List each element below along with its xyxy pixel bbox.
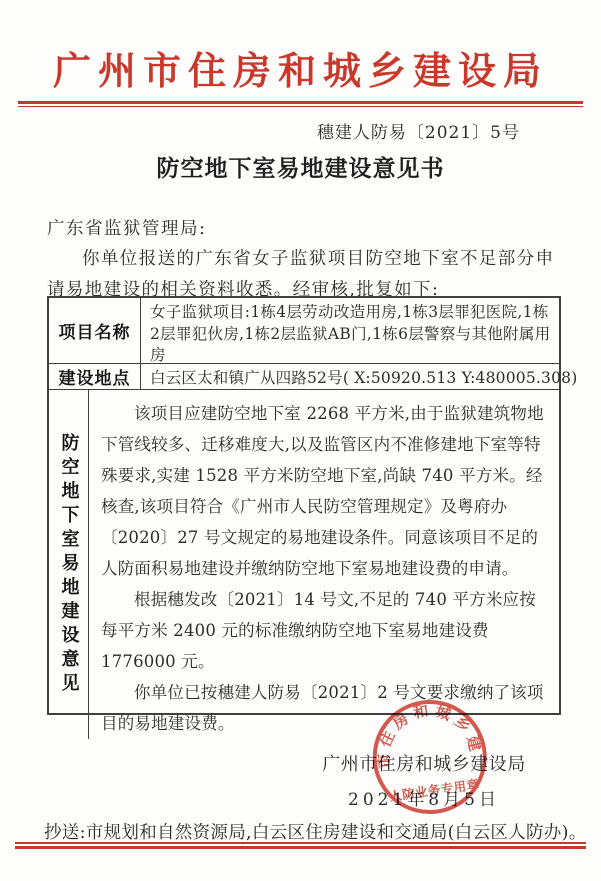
opinion-paragraph-2: 根据穗发改〔2021〕14 号文,不足的 740 平方米应按每平方米 2400 … xyxy=(101,584,549,677)
doc-title: 防空地下室易地建设意见书 xyxy=(0,150,601,183)
table-row-project-name: 项目名称 女子监狱项目:1栋4层劳动改造用房,1栋3层罪犯医院,1栋2层罪犯伙房… xyxy=(49,298,559,364)
doc-reference-number: 穗建人防易〔2021〕5号 xyxy=(317,118,520,143)
construction-site-label: 建设地点 xyxy=(49,364,141,389)
footer-divider-thick-line xyxy=(15,846,586,850)
addressee-line: 广东省监狱管理局: xyxy=(47,215,206,240)
official-seal: 广州市住房和城乡建设局 人防业务专用章 xyxy=(356,689,504,828)
agency-masthead-title: 广州市住房和城乡建设局 xyxy=(0,40,601,95)
document-page: 广州市住房和城乡建设局 穗建人防易〔2021〕5号 防空地下室易地建设意见书 广… xyxy=(0,0,601,881)
masthead-divider-thin-line xyxy=(18,106,583,107)
opinion-label-vertical-text: 防空地下室易地建设意见 xyxy=(60,433,78,697)
project-name-label: 项目名称 xyxy=(49,298,141,363)
opinion-label: 防空地下室易地建设意见 xyxy=(49,390,89,739)
opinion-content: 该项目应建防空地下室 2268 平方米,由于监狱建筑物地下管线较多、迁移难度大,… xyxy=(89,390,559,739)
table-row-opinion: 防空地下室易地建设意见 该项目应建防空地下室 2268 平方米,由于监狱建筑物地… xyxy=(49,390,559,739)
opinion-paragraph-1: 该项目应建防空地下室 2268 平方米,由于监狱建筑物地下管线较多、迁移难度大,… xyxy=(101,398,549,584)
table-row-construction-site: 建设地点 白云区太和镇广从四路52号( X:50920.513 Y:480005… xyxy=(49,364,559,390)
approval-table: 项目名称 女子监狱项目:1栋4层劳动改造用房,1栋3层罪犯医院,1栋2层罪犯伙房… xyxy=(47,296,561,715)
project-name-value: 女子监狱项目:1栋4层劳动改造用房,1栋3层罪犯医院,1栋2层罪犯伙房,1栋2层… xyxy=(141,298,559,363)
masthead-divider xyxy=(18,101,583,107)
footer-divider xyxy=(15,842,586,849)
cc-line: 抄送:市规划和自然资源局,白云区住房建设和交通局(白云区人防办)。 xyxy=(44,819,587,844)
construction-site-value: 白云区太和镇广从四路52号( X:50920.513 Y:480005.308) xyxy=(141,364,585,389)
